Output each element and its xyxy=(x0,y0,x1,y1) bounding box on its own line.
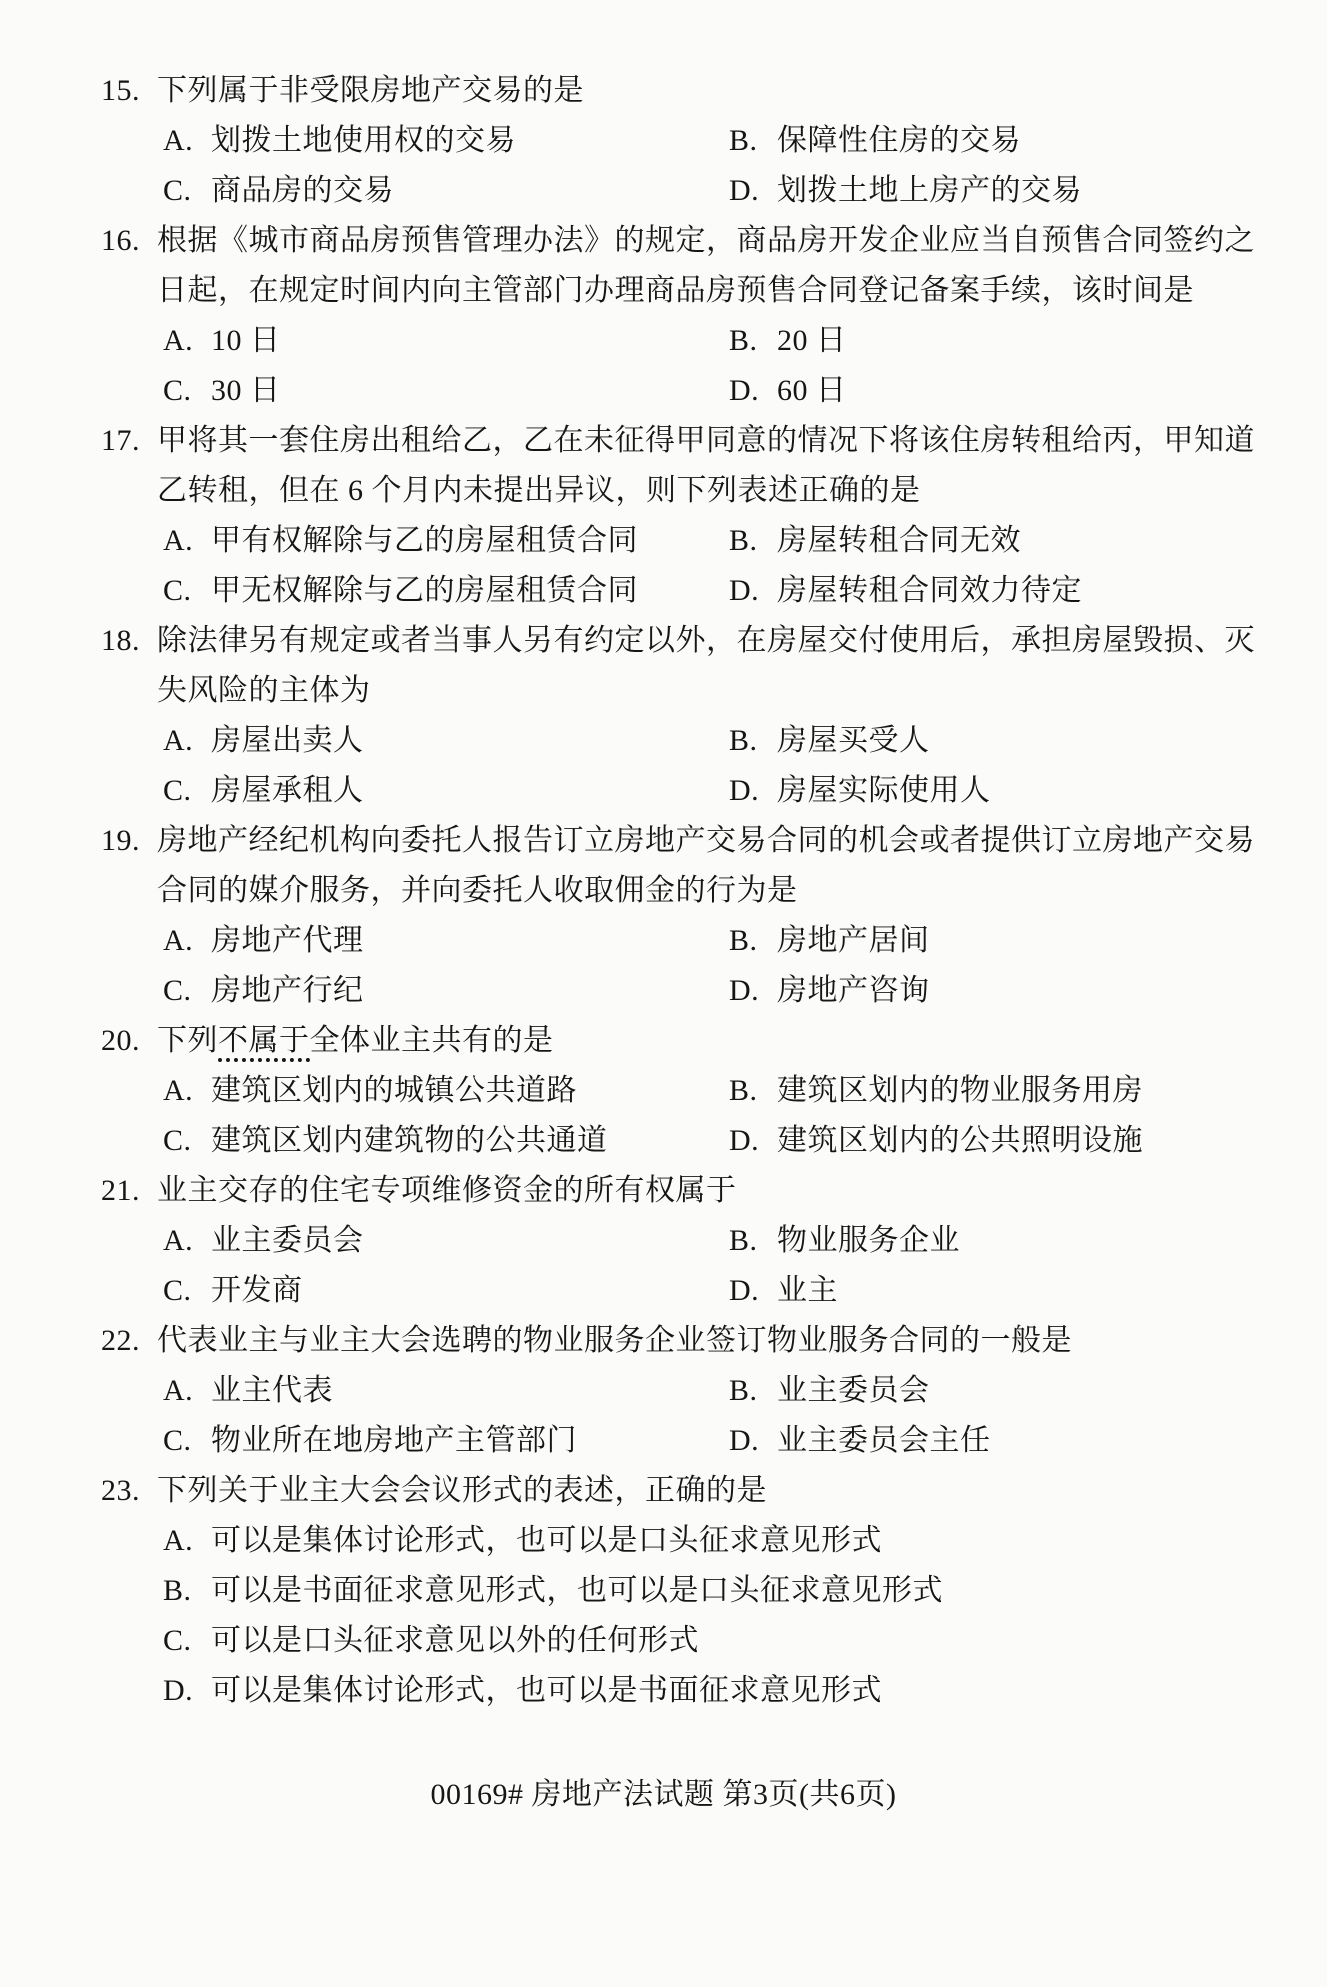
question-stem-text: 业主交存的住宅专项维修资金的所有权属于 xyxy=(157,1174,737,1207)
question-stem-emphasized-text: 不属于 xyxy=(218,1024,310,1062)
question-stem: 15.下列属于非受限房地产交易的是 xyxy=(0,66,1327,116)
question-stem-text: 甲将其一套住房出租给乙，乙在未征得甲同意的情况下将该住房转租给丙，甲知道 xyxy=(157,424,1255,457)
options-row: C.建筑区划内建筑物的公共通道D.建筑区划内的公共照明设施 xyxy=(0,1116,1327,1166)
option: A.房屋出卖人 xyxy=(163,716,729,766)
option-text: 20 日 xyxy=(777,324,847,357)
option-label: B. xyxy=(729,116,777,166)
question-stem-text: 失风险的主体为 xyxy=(157,674,371,707)
options-row: A.甲有权解除与乙的房屋租赁合同B.房屋转租合同无效 xyxy=(0,516,1327,566)
option-label: D. xyxy=(163,1666,211,1716)
option: A.房地产代理 xyxy=(163,916,729,966)
question-stem: 22.代表业主与业主大会选聘的物业服务企业签订物业服务合同的一般是 xyxy=(0,1316,1327,1366)
option-text: 10 日 xyxy=(211,324,281,357)
option-label: C. xyxy=(163,1416,211,1466)
options-row: A.可以是集体讨论形式，也可以是口头征求意见形式 xyxy=(0,1516,1327,1566)
option-text: 房屋实际使用人 xyxy=(777,774,991,807)
option-text: 划拨土地使用权的交易 xyxy=(211,124,516,157)
option-text: 30 日 xyxy=(211,374,281,407)
options-row: A.业主代表B.业主委员会 xyxy=(0,1366,1327,1416)
option-text: 保障性住房的交易 xyxy=(777,124,1021,157)
option: C.房地产行纪 xyxy=(163,966,729,1016)
option-label: C. xyxy=(163,566,211,616)
option-label: C. xyxy=(163,1266,211,1316)
question-number: 23. xyxy=(101,1466,157,1516)
option-text: 划拨土地上房产的交易 xyxy=(777,174,1082,207)
question-stem: 19.房地产经纪机构向委托人报告订立房地产交易合同的机会或者提供订立房地产交易 xyxy=(0,816,1327,866)
option-text: 业主委员会 xyxy=(777,1374,930,1407)
options-row: B.可以是书面征求意见形式，也可以是口头征求意见形式 xyxy=(0,1566,1327,1616)
question-number: 20. xyxy=(101,1016,157,1066)
question-stem-text: 代表业主与业主大会选聘的物业服务企业签订物业服务合同的一般是 xyxy=(157,1324,1072,1357)
option-text: 房地产咨询 xyxy=(777,974,930,1007)
option-label: B. xyxy=(729,916,777,966)
question-stem-text: 乙转租，但在 6 个月内未提出异议，则下列表述正确的是 xyxy=(157,474,921,507)
option: B.20 日 xyxy=(729,316,847,366)
question-stem-continuation: 乙转租，但在 6 个月内未提出异议，则下列表述正确的是 xyxy=(0,466,1327,516)
option: D.业主委员会主任 xyxy=(729,1416,991,1466)
options-row: D.可以是集体讨论形式，也可以是书面征求意见形式 xyxy=(0,1666,1327,1716)
option-text: 物业所在地房地产主管部门 xyxy=(211,1424,577,1457)
option: B.建筑区划内的物业服务用房 xyxy=(729,1066,1143,1116)
question-stem-text: 除法律另有规定或者当事人另有约定以外，在房屋交付使用后，承担房屋毁损、灭 xyxy=(157,624,1255,657)
question-stem: 23.下列关于业主大会会议形式的表述，正确的是 xyxy=(0,1466,1327,1516)
question-stem-text: 合同的媒介服务，并向委托人收取佣金的行为是 xyxy=(157,874,798,907)
option-text: 房屋买受人 xyxy=(777,724,930,757)
question-number: 17. xyxy=(101,416,157,466)
option-label: D. xyxy=(729,366,777,416)
question-number: 21. xyxy=(101,1166,157,1216)
option-text: 商品房的交易 xyxy=(211,174,394,207)
option-text: 可以是口头征求意见以外的任何形式 xyxy=(211,1624,699,1657)
option-label: B. xyxy=(729,1216,777,1266)
options-row: A.房屋出卖人B.房屋买受人 xyxy=(0,716,1327,766)
question-block: 16.根据《城市商品房预售管理办法》的规定，商品房开发企业应当自预售合同签约之日… xyxy=(0,216,1327,416)
option-label: D. xyxy=(729,1266,777,1316)
question-block: 15.下列属于非受限房地产交易的是A.划拨土地使用权的交易B.保障性住房的交易C… xyxy=(0,66,1327,216)
option-label: A. xyxy=(163,1516,211,1566)
option-text: 房地产行纪 xyxy=(211,974,364,1007)
option-text: 物业服务企业 xyxy=(777,1224,960,1257)
option: D.划拨土地上房产的交易 xyxy=(729,166,1082,216)
option-label: A. xyxy=(163,516,211,566)
option-label: B. xyxy=(729,1066,777,1116)
option-text: 甲无权解除与乙的房屋租赁合同 xyxy=(211,574,638,607)
options-row: A.10 日B.20 日 xyxy=(0,316,1327,366)
question-stem-text: 日起，在规定时间内向主管部门办理商品房预售合同登记备案手续，该时间是 xyxy=(157,274,1194,307)
question-stem: 20.下列不属于全体业主共有的是 xyxy=(0,1016,1327,1066)
question-number: 18. xyxy=(101,616,157,666)
option-label: C. xyxy=(163,1116,211,1166)
option-label: D. xyxy=(729,1116,777,1166)
option: B.房屋转租合同无效 xyxy=(729,516,1021,566)
option-text: 可以是书面征求意见形式，也可以是口头征求意见形式 xyxy=(211,1574,943,1607)
option: A.10 日 xyxy=(163,316,729,366)
question-block: 23.下列关于业主大会会议形式的表述，正确的是A.可以是集体讨论形式，也可以是口… xyxy=(0,1466,1327,1716)
option-text: 60 日 xyxy=(777,374,847,407)
question-stem-text: 下列 xyxy=(157,1024,218,1057)
option: A.业主委员会 xyxy=(163,1216,729,1266)
question-stem: 21.业主交存的住宅专项维修资金的所有权属于 xyxy=(0,1166,1327,1216)
option: D.60 日 xyxy=(729,366,847,416)
question-number: 15. xyxy=(101,66,157,116)
option: C.建筑区划内建筑物的公共通道 xyxy=(163,1116,729,1166)
question-stem-text: 根据《城市商品房预售管理办法》的规定，商品房开发企业应当自预售合同签约之 xyxy=(157,224,1255,257)
option-text: 房屋转租合同效力待定 xyxy=(777,574,1082,607)
option: D.业主 xyxy=(729,1266,838,1316)
options-row: A.划拨土地使用权的交易B.保障性住房的交易 xyxy=(0,116,1327,166)
option: D.可以是集体讨论形式，也可以是书面征求意见形式 xyxy=(163,1666,882,1716)
option-label: D. xyxy=(729,766,777,816)
option-text: 业主代表 xyxy=(211,1374,333,1407)
option: C.可以是口头征求意见以外的任何形式 xyxy=(163,1616,699,1666)
option-label: C. xyxy=(163,166,211,216)
question-stem-continuation: 失风险的主体为 xyxy=(0,666,1327,716)
option: C.商品房的交易 xyxy=(163,166,729,216)
question-stem-text: 下列关于业主大会会议形式的表述，正确的是 xyxy=(157,1474,767,1507)
option: B.保障性住房的交易 xyxy=(729,116,1021,166)
option-label: A. xyxy=(163,1066,211,1116)
option-text: 房屋转租合同无效 xyxy=(777,524,1021,557)
option-label: C. xyxy=(163,966,211,1016)
question-stem-text: 房地产经纪机构向委托人报告订立房地产交易合同的机会或者提供订立房地产交易 xyxy=(157,824,1255,857)
option: B.业主委员会 xyxy=(729,1366,930,1416)
option: D.房屋实际使用人 xyxy=(729,766,991,816)
option-label: A. xyxy=(163,116,211,166)
question-stem-text: 全体业主共有的是 xyxy=(310,1024,554,1057)
page-footer: 00169# 房地产法试题 第3页(共6页) xyxy=(0,1770,1327,1820)
option-label: A. xyxy=(163,1366,211,1416)
option-label: B. xyxy=(729,1366,777,1416)
options-row: A.建筑区划内的城镇公共道路B.建筑区划内的物业服务用房 xyxy=(0,1066,1327,1116)
question-number: 16. xyxy=(101,216,157,266)
question-stem-continuation: 合同的媒介服务，并向委托人收取佣金的行为是 xyxy=(0,866,1327,916)
option-text: 开发商 xyxy=(211,1274,303,1307)
option-label: C. xyxy=(163,766,211,816)
option-text: 建筑区划内的城镇公共道路 xyxy=(211,1074,577,1107)
option: B.房屋买受人 xyxy=(729,716,930,766)
option: D.建筑区划内的公共照明设施 xyxy=(729,1116,1143,1166)
option-text: 可以是集体讨论形式，也可以是书面征求意见形式 xyxy=(211,1674,882,1707)
option-label: D. xyxy=(729,1416,777,1466)
question-block: 19.房地产经纪机构向委托人报告订立房地产交易合同的机会或者提供订立房地产交易合… xyxy=(0,816,1327,1016)
options-row: C.开发商D.业主 xyxy=(0,1266,1327,1316)
option: C.30 日 xyxy=(163,366,729,416)
option: D.房地产咨询 xyxy=(729,966,930,1016)
question-block: 21.业主交存的住宅专项维修资金的所有权属于A.业主委员会B.物业服务企业C.开… xyxy=(0,1166,1327,1316)
question-block: 20.下列不属于全体业主共有的是A.建筑区划内的城镇公共道路B.建筑区划内的物业… xyxy=(0,1016,1327,1166)
option: D.房屋转租合同效力待定 xyxy=(729,566,1082,616)
option: B.物业服务企业 xyxy=(729,1216,960,1266)
option-text: 甲有权解除与乙的房屋租赁合同 xyxy=(211,524,638,557)
option-label: B. xyxy=(729,716,777,766)
option-label: C. xyxy=(163,366,211,416)
options-row: C.甲无权解除与乙的房屋租赁合同D.房屋转租合同效力待定 xyxy=(0,566,1327,616)
option-text: 房屋出卖人 xyxy=(211,724,364,757)
question-list: 15.下列属于非受限房地产交易的是A.划拨土地使用权的交易B.保障性住房的交易C… xyxy=(0,66,1327,1716)
option-label: A. xyxy=(163,716,211,766)
option-text: 业主 xyxy=(777,1274,838,1307)
question-stem: 18.除法律另有规定或者当事人另有约定以外，在房屋交付使用后，承担房屋毁损、灭 xyxy=(0,616,1327,666)
option-label: B. xyxy=(163,1566,211,1616)
option: C.物业所在地房地产主管部门 xyxy=(163,1416,729,1466)
option-label: A. xyxy=(163,916,211,966)
question-number: 19. xyxy=(101,816,157,866)
options-row: A.房地产代理B.房地产居间 xyxy=(0,916,1327,966)
option-text: 业主委员会主任 xyxy=(777,1424,991,1457)
option-label: C. xyxy=(163,1616,211,1666)
option-label: D. xyxy=(729,566,777,616)
option-label: B. xyxy=(729,316,777,366)
option: A.建筑区划内的城镇公共道路 xyxy=(163,1066,729,1116)
question-block: 18.除法律另有规定或者当事人另有约定以外，在房屋交付使用后，承担房屋毁损、灭失… xyxy=(0,616,1327,816)
options-row: C.可以是口头征求意见以外的任何形式 xyxy=(0,1616,1327,1666)
options-row: C.30 日D.60 日 xyxy=(0,366,1327,416)
option: B.房地产居间 xyxy=(729,916,930,966)
option: A.甲有权解除与乙的房屋租赁合同 xyxy=(163,516,729,566)
question-block: 17.甲将其一套住房出租给乙，乙在未征得甲同意的情况下将该住房转租给丙，甲知道乙… xyxy=(0,416,1327,616)
options-row: C.商品房的交易D.划拨土地上房产的交易 xyxy=(0,166,1327,216)
option: A.业主代表 xyxy=(163,1366,729,1416)
options-row: C.房屋承租人D.房屋实际使用人 xyxy=(0,766,1327,816)
option-text: 建筑区划内建筑物的公共通道 xyxy=(211,1124,608,1157)
option-text: 建筑区划内的公共照明设施 xyxy=(777,1124,1143,1157)
option: C.甲无权解除与乙的房屋租赁合同 xyxy=(163,566,729,616)
option-label: A. xyxy=(163,1216,211,1266)
exam-page: 15.下列属于非受限房地产交易的是A.划拨土地使用权的交易B.保障性住房的交易C… xyxy=(0,0,1327,1820)
option: A.可以是集体讨论形式，也可以是口头征求意见形式 xyxy=(163,1516,882,1566)
option: C.开发商 xyxy=(163,1266,729,1316)
question-block: 22.代表业主与业主大会选聘的物业服务企业签订物业服务合同的一般是A.业主代表B… xyxy=(0,1316,1327,1466)
option-label: B. xyxy=(729,516,777,566)
option: A.划拨土地使用权的交易 xyxy=(163,116,729,166)
question-stem-text: 下列属于非受限房地产交易的是 xyxy=(157,74,584,107)
option-text: 可以是集体讨论形式，也可以是口头征求意见形式 xyxy=(211,1524,882,1557)
option-text: 房地产居间 xyxy=(777,924,930,957)
option-text: 房屋承租人 xyxy=(211,774,364,807)
options-row: A.业主委员会B.物业服务企业 xyxy=(0,1216,1327,1266)
options-row: C.房地产行纪D.房地产咨询 xyxy=(0,966,1327,1016)
option-text: 业主委员会 xyxy=(211,1224,364,1257)
question-stem: 17.甲将其一套住房出租给乙，乙在未征得甲同意的情况下将该住房转租给丙，甲知道 xyxy=(0,416,1327,466)
options-row: C.物业所在地房地产主管部门D.业主委员会主任 xyxy=(0,1416,1327,1466)
question-number: 22. xyxy=(101,1316,157,1366)
question-stem: 16.根据《城市商品房预售管理办法》的规定，商品房开发企业应当自预售合同签约之 xyxy=(0,216,1327,266)
option-label: D. xyxy=(729,966,777,1016)
option-text: 建筑区划内的物业服务用房 xyxy=(777,1074,1143,1107)
option-label: A. xyxy=(163,316,211,366)
option: B.可以是书面征求意见形式，也可以是口头征求意见形式 xyxy=(163,1566,943,1616)
option-text: 房地产代理 xyxy=(211,924,364,957)
option: C.房屋承租人 xyxy=(163,766,729,816)
question-stem-continuation: 日起，在规定时间内向主管部门办理商品房预售合同登记备案手续，该时间是 xyxy=(0,266,1327,316)
option-label: D. xyxy=(729,166,777,216)
